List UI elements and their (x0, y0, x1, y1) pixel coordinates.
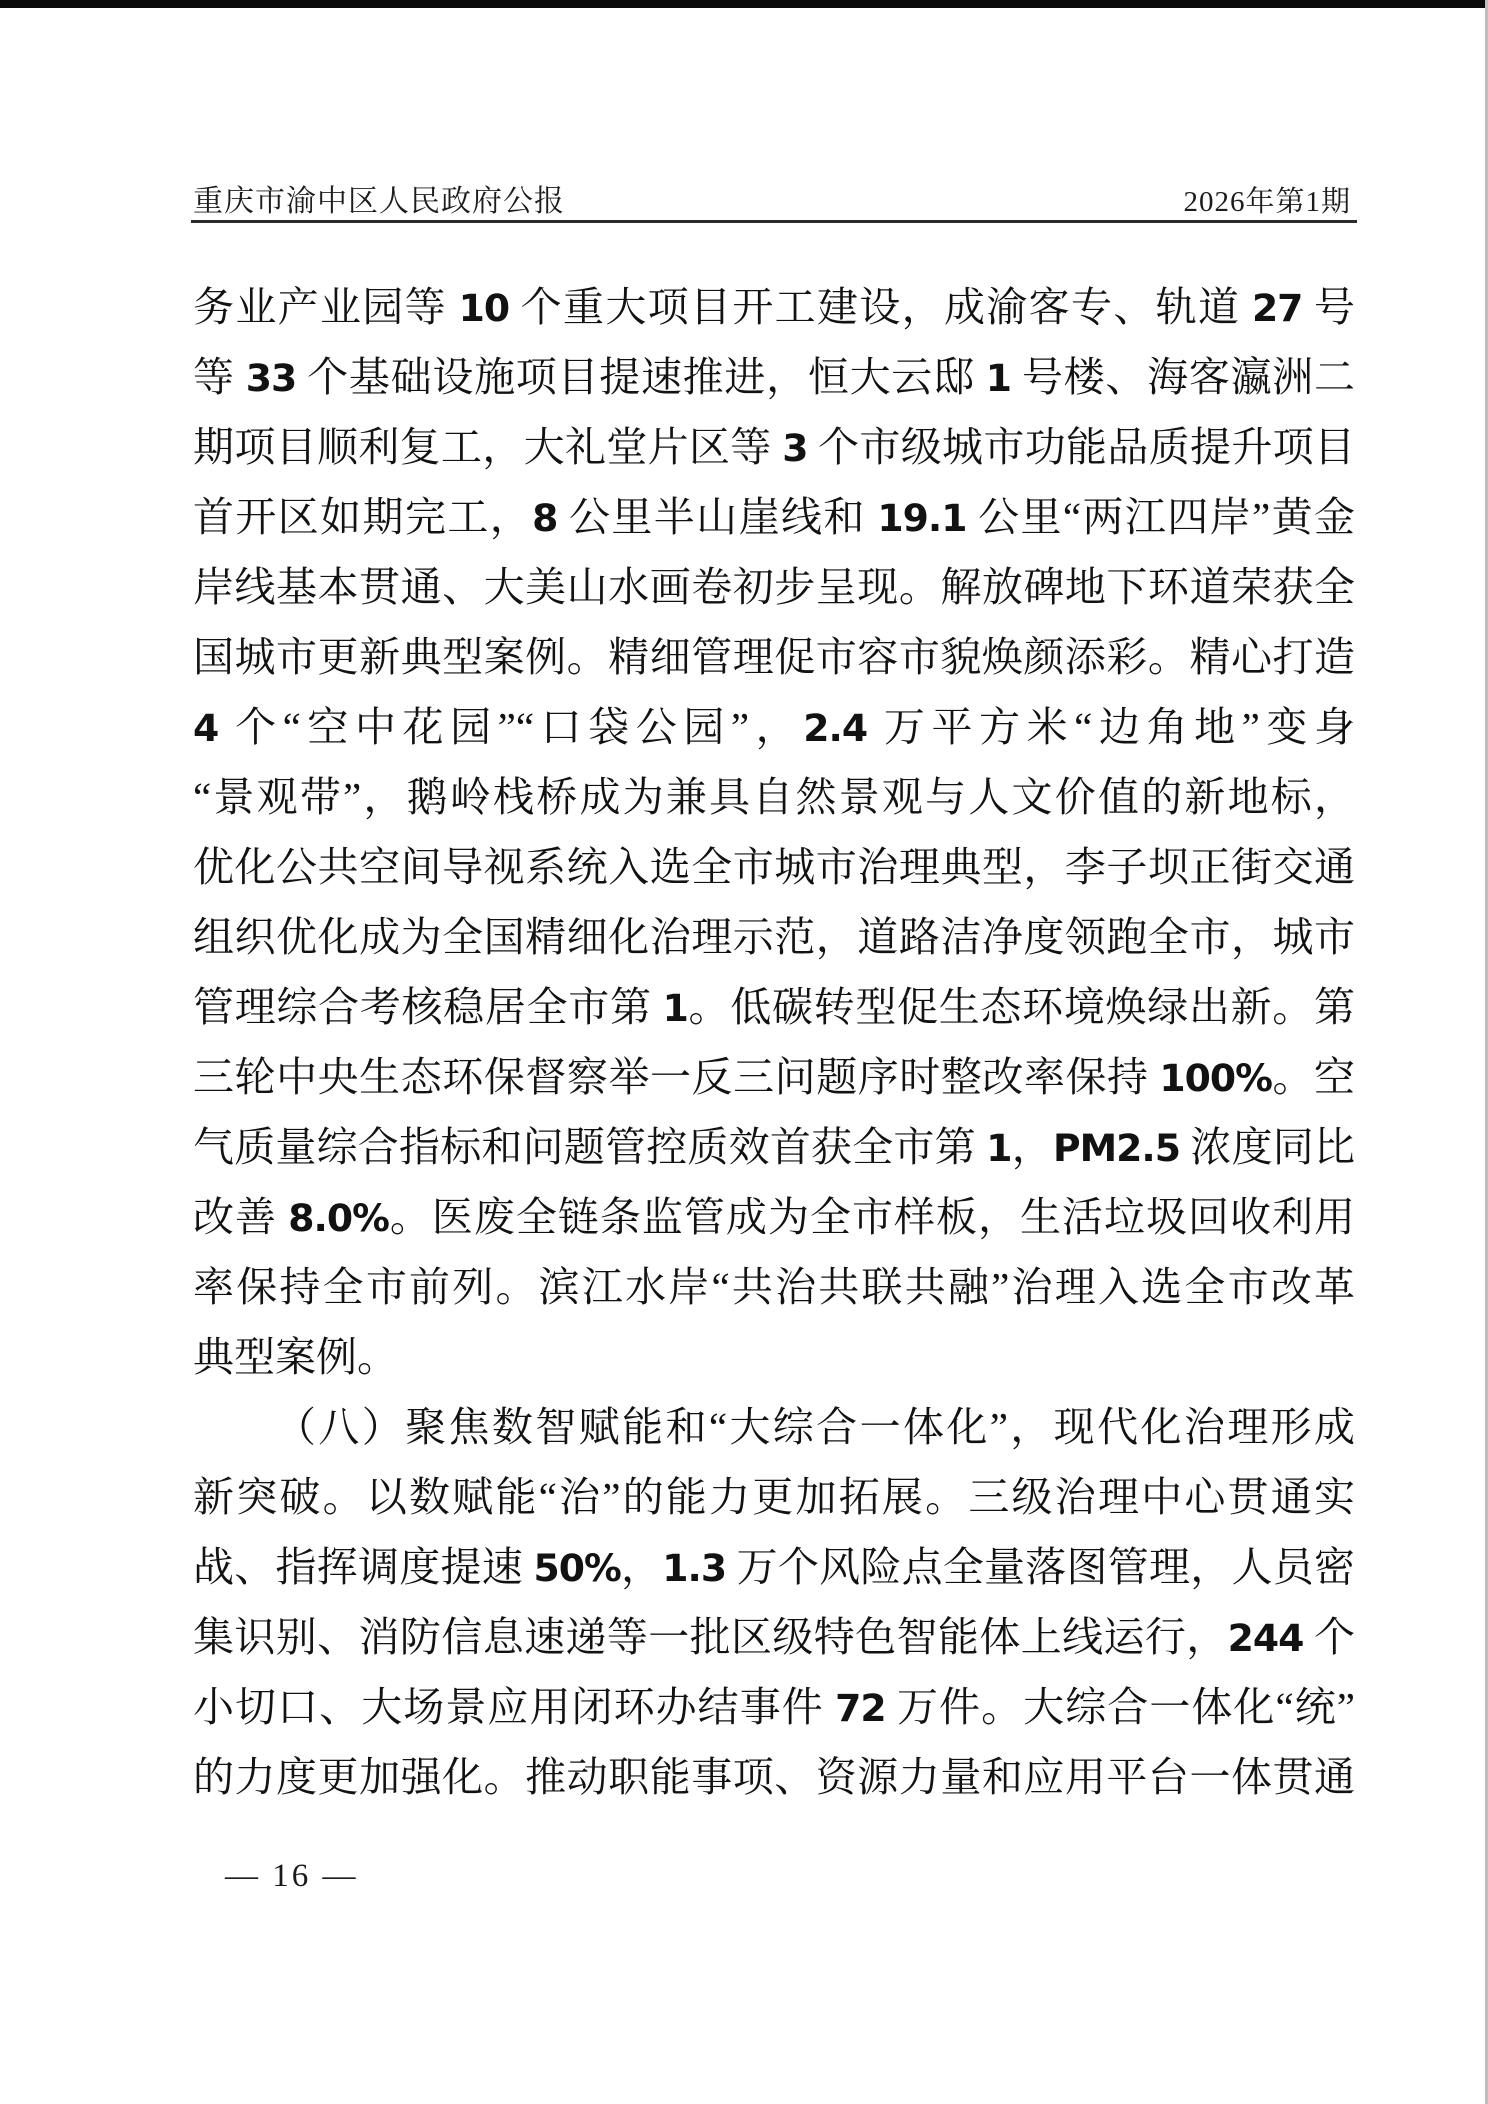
page-header: 重庆市渝中区人民政府公报 2026年第1期 (193, 0, 1355, 230)
body-line: 小切口、大场景应用闭环办结事件 72 万件。大综合一体化“统” (193, 1672, 1355, 1742)
body-line: 国城市更新典型案例。精细管理促市容市貌焕颜添彩。精心打造 (193, 622, 1355, 692)
numeric-text: 19.1 (877, 496, 966, 540)
body-line: 务业产业园等 10 个重大项目开工建设，成渝客专、轨道 27 号线 (193, 272, 1355, 342)
publication-title: 重庆市渝中区人民政府公报 (193, 176, 565, 220)
body-line: 集识别、消防信息速递等一批区级特色智能体上线运行，244 个 (193, 1602, 1355, 1672)
issue-label: 2026年第1期 (1183, 179, 1351, 220)
numeric-text: 27 (1252, 286, 1303, 330)
body-line: （八）聚焦数智赋能和“大综合一体化”，现代化治理形成 (193, 1392, 1355, 1462)
numeric-text: 10 (459, 286, 510, 330)
numeric-text: 4 (193, 706, 218, 750)
body-line: 组织优化成为全国精细化治理示范，道路洁净度领跑全市，城市 (193, 902, 1355, 972)
numeric-text: 50% (533, 1546, 620, 1590)
body-line: 等 33 个基础设施项目提速推进，恒大云邸 1 号楼、海客瀛洲二 (193, 342, 1355, 412)
numeric-text: PM2.5 (1053, 1126, 1180, 1170)
body-line: 岸线基本贯通、大美山水画卷初步呈现。解放碑地下环道荣获全 (193, 552, 1355, 622)
body-line: 典型案例。 (193, 1322, 1355, 1392)
numeric-text: 8 (532, 496, 557, 540)
body-line: “景观带”，鹅岭栈桥成为兼具自然景观与人文价值的新地标， (193, 762, 1355, 832)
body-text: 务业产业园等 10 个重大项目开工建设，成渝客专、轨道 27 号线等 33 个基… (193, 272, 1355, 1812)
body-line: 三轮中央生态环保督察举一反三问题序时整改率保持 100%。空 (193, 1042, 1355, 1112)
body-line: 管理综合考核稳居全市第 1。低碳转型促生态环境焕绿出新。第 (193, 972, 1355, 1042)
numeric-text: 3 (782, 426, 807, 470)
numeric-text: 1 (663, 986, 688, 1030)
body-line: 优化公共空间导视系统入选全市城市治理典型，李子坝正街交通 (193, 832, 1355, 902)
numeric-text: 33 (246, 356, 297, 400)
numeric-text: 100% (1159, 1056, 1272, 1100)
numeric-text: 8.0% (288, 1196, 389, 1240)
body-line: 新突破。以数赋能“治”的能力更加拓展。三级治理中心贯通实 (193, 1462, 1355, 1532)
body-line: 气质量综合指标和问题管控质效首获全市第 1，PM2.5 浓度同比 (193, 1112, 1355, 1182)
header-rule (191, 220, 1357, 223)
numeric-text: 244 (1228, 1616, 1304, 1660)
body-line: 期项目顺利复工，大礼堂片区等 3 个市级城市功能品质提升项目 (193, 412, 1355, 482)
body-line: 战、指挥调度提速 50%，1.3 万个风险点全量落图管理，人员密 (193, 1532, 1355, 1602)
numeric-text: 1.3 (662, 1546, 726, 1590)
numeric-text: 1 (986, 356, 1011, 400)
body-line: 首开区如期完工，8 公里半山崖线和 19.1 公里“两江四岸”黄金 (193, 482, 1355, 552)
gazette-page: { "page": { "header": { "publication_tit… (0, 0, 1488, 2104)
body-line: 的力度更加强化。推动职能事项、资源力量和应用平台一体贯通 (193, 1742, 1355, 1812)
page-number: — 16 — (225, 1858, 359, 1895)
numeric-text: 2.4 (803, 706, 867, 750)
body-line: 率保持全市前列。滨江水岸“共治共联共融”治理入选全市改革 (193, 1252, 1355, 1322)
numeric-text: 72 (835, 1686, 886, 1730)
numeric-text: 1 (986, 1126, 1011, 1170)
body-line: 改善 8.0%。医废全链条监管成为全市样板，生活垃圾回收利用 (193, 1182, 1355, 1252)
body-line: 4 个“空中花园”“口袋公园”，2.4 万平方米“边角地”变身 (193, 692, 1355, 762)
